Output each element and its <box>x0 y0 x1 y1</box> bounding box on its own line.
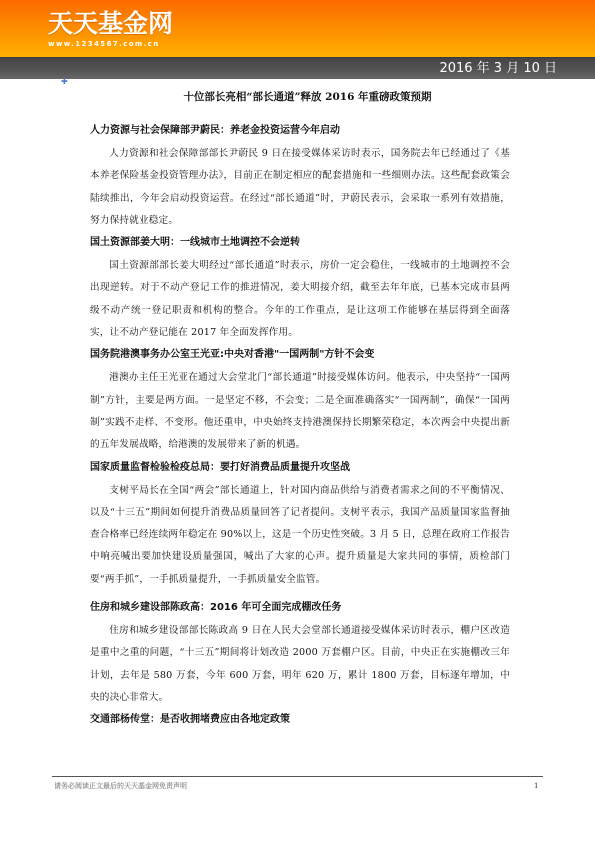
section-hk-macao: 国务院港澳事务办公室王光亚:中央对香港"一国两制"方针不会变 港澳办主任王光亚在… <box>90 348 510 456</box>
section-paragraph: 港澳办主任王光亚在通过大会堂北门“部长通道”时接受媒体访问。他表示，中央坚持“一… <box>90 367 510 456</box>
page-number: 1 <box>534 781 538 791</box>
section-land-resources: 国土资源部姜大明：一线城市土地调控不会逆转 国土资源部部长姜大明经过“部长通道”… <box>90 236 510 344</box>
disclaimer-note: 请务必阅读正文最后的天天基金网免责声明 <box>54 781 187 791</box>
site-url[interactable]: www.1234567.com.cn <box>48 40 160 49</box>
section-hrss: 人力资源与社会保障部尹蔚民：养老金投资运营今年启动 人力资源和社会保障部部长尹蔚… <box>90 124 510 232</box>
section-heading: 国土资源部姜大明：一线城市土地调控不会逆转 <box>90 236 510 250</box>
section-paragraph: 住房和城乡建设部部长陈政高 9 日在人民大会堂部长通道接受媒体采访时表示，棚户区… <box>90 620 510 709</box>
publish-date: 2016 年 3 月 10 日 <box>439 61 557 77</box>
section-quality-supervision: 国家质量监督检验检疫总局：要打好消费品质量提升攻坚战 支树平局长在全国“两会”部… <box>90 461 510 591</box>
site-logo[interactable]: 天天基金网 <box>48 10 173 38</box>
section-heading: 交通部杨传堂：是否收拥堵费应由各地定政策 <box>90 713 510 727</box>
section-transport: 交通部杨传堂：是否收拥堵费应由各地定政策 <box>90 713 510 727</box>
section-heading: 国务院港澳事务办公室王光亚:中央对香港"一国两制"方针不会变 <box>90 348 510 362</box>
section-housing: 住房和城乡建设部陈政高：2016 年可全面完成棚改任务 住房和城乡建设部部长陈政… <box>90 601 510 709</box>
section-heading: 国家质量监督检验检疫总局：要打好消费品质量提升攻坚战 <box>90 461 510 475</box>
section-heading: 人力资源与社会保障部尹蔚民：养老金投资运营今年启动 <box>90 124 510 138</box>
section-heading: 住房和城乡建设部陈政高：2016 年可全面完成棚改任务 <box>90 601 510 615</box>
section-paragraph: 支树平局长在全国“两会”部长通道上，针对国内商品供给与消费者需求之间的不平衡情况… <box>90 480 510 591</box>
section-paragraph: 人力资源和社会保障部部长尹蔚民 9 日在接受媒体采访时表示，国务院去年已经通过了… <box>90 143 510 232</box>
footer-divider <box>52 776 543 777</box>
site-banner: 天天基金网 www.1234567.com.cn <box>0 0 595 57</box>
article-body: 人力资源与社会保障部尹蔚民：养老金投资运营今年启动 人力资源和社会保障部部长尹蔚… <box>90 124 510 727</box>
date-bar: 2016 年 3 月 10 日 <box>0 57 595 79</box>
section-paragraph: 国土资源部部长姜大明经过“部长通道”时表示，房价一定会稳住，一线城市的土地调控不… <box>90 255 510 344</box>
document-title: 十位部长亮相“部长通道”释放 2016 年重磅政策预期 <box>0 90 595 104</box>
anchor-marker-icon: ✚ <box>61 79 66 84</box>
